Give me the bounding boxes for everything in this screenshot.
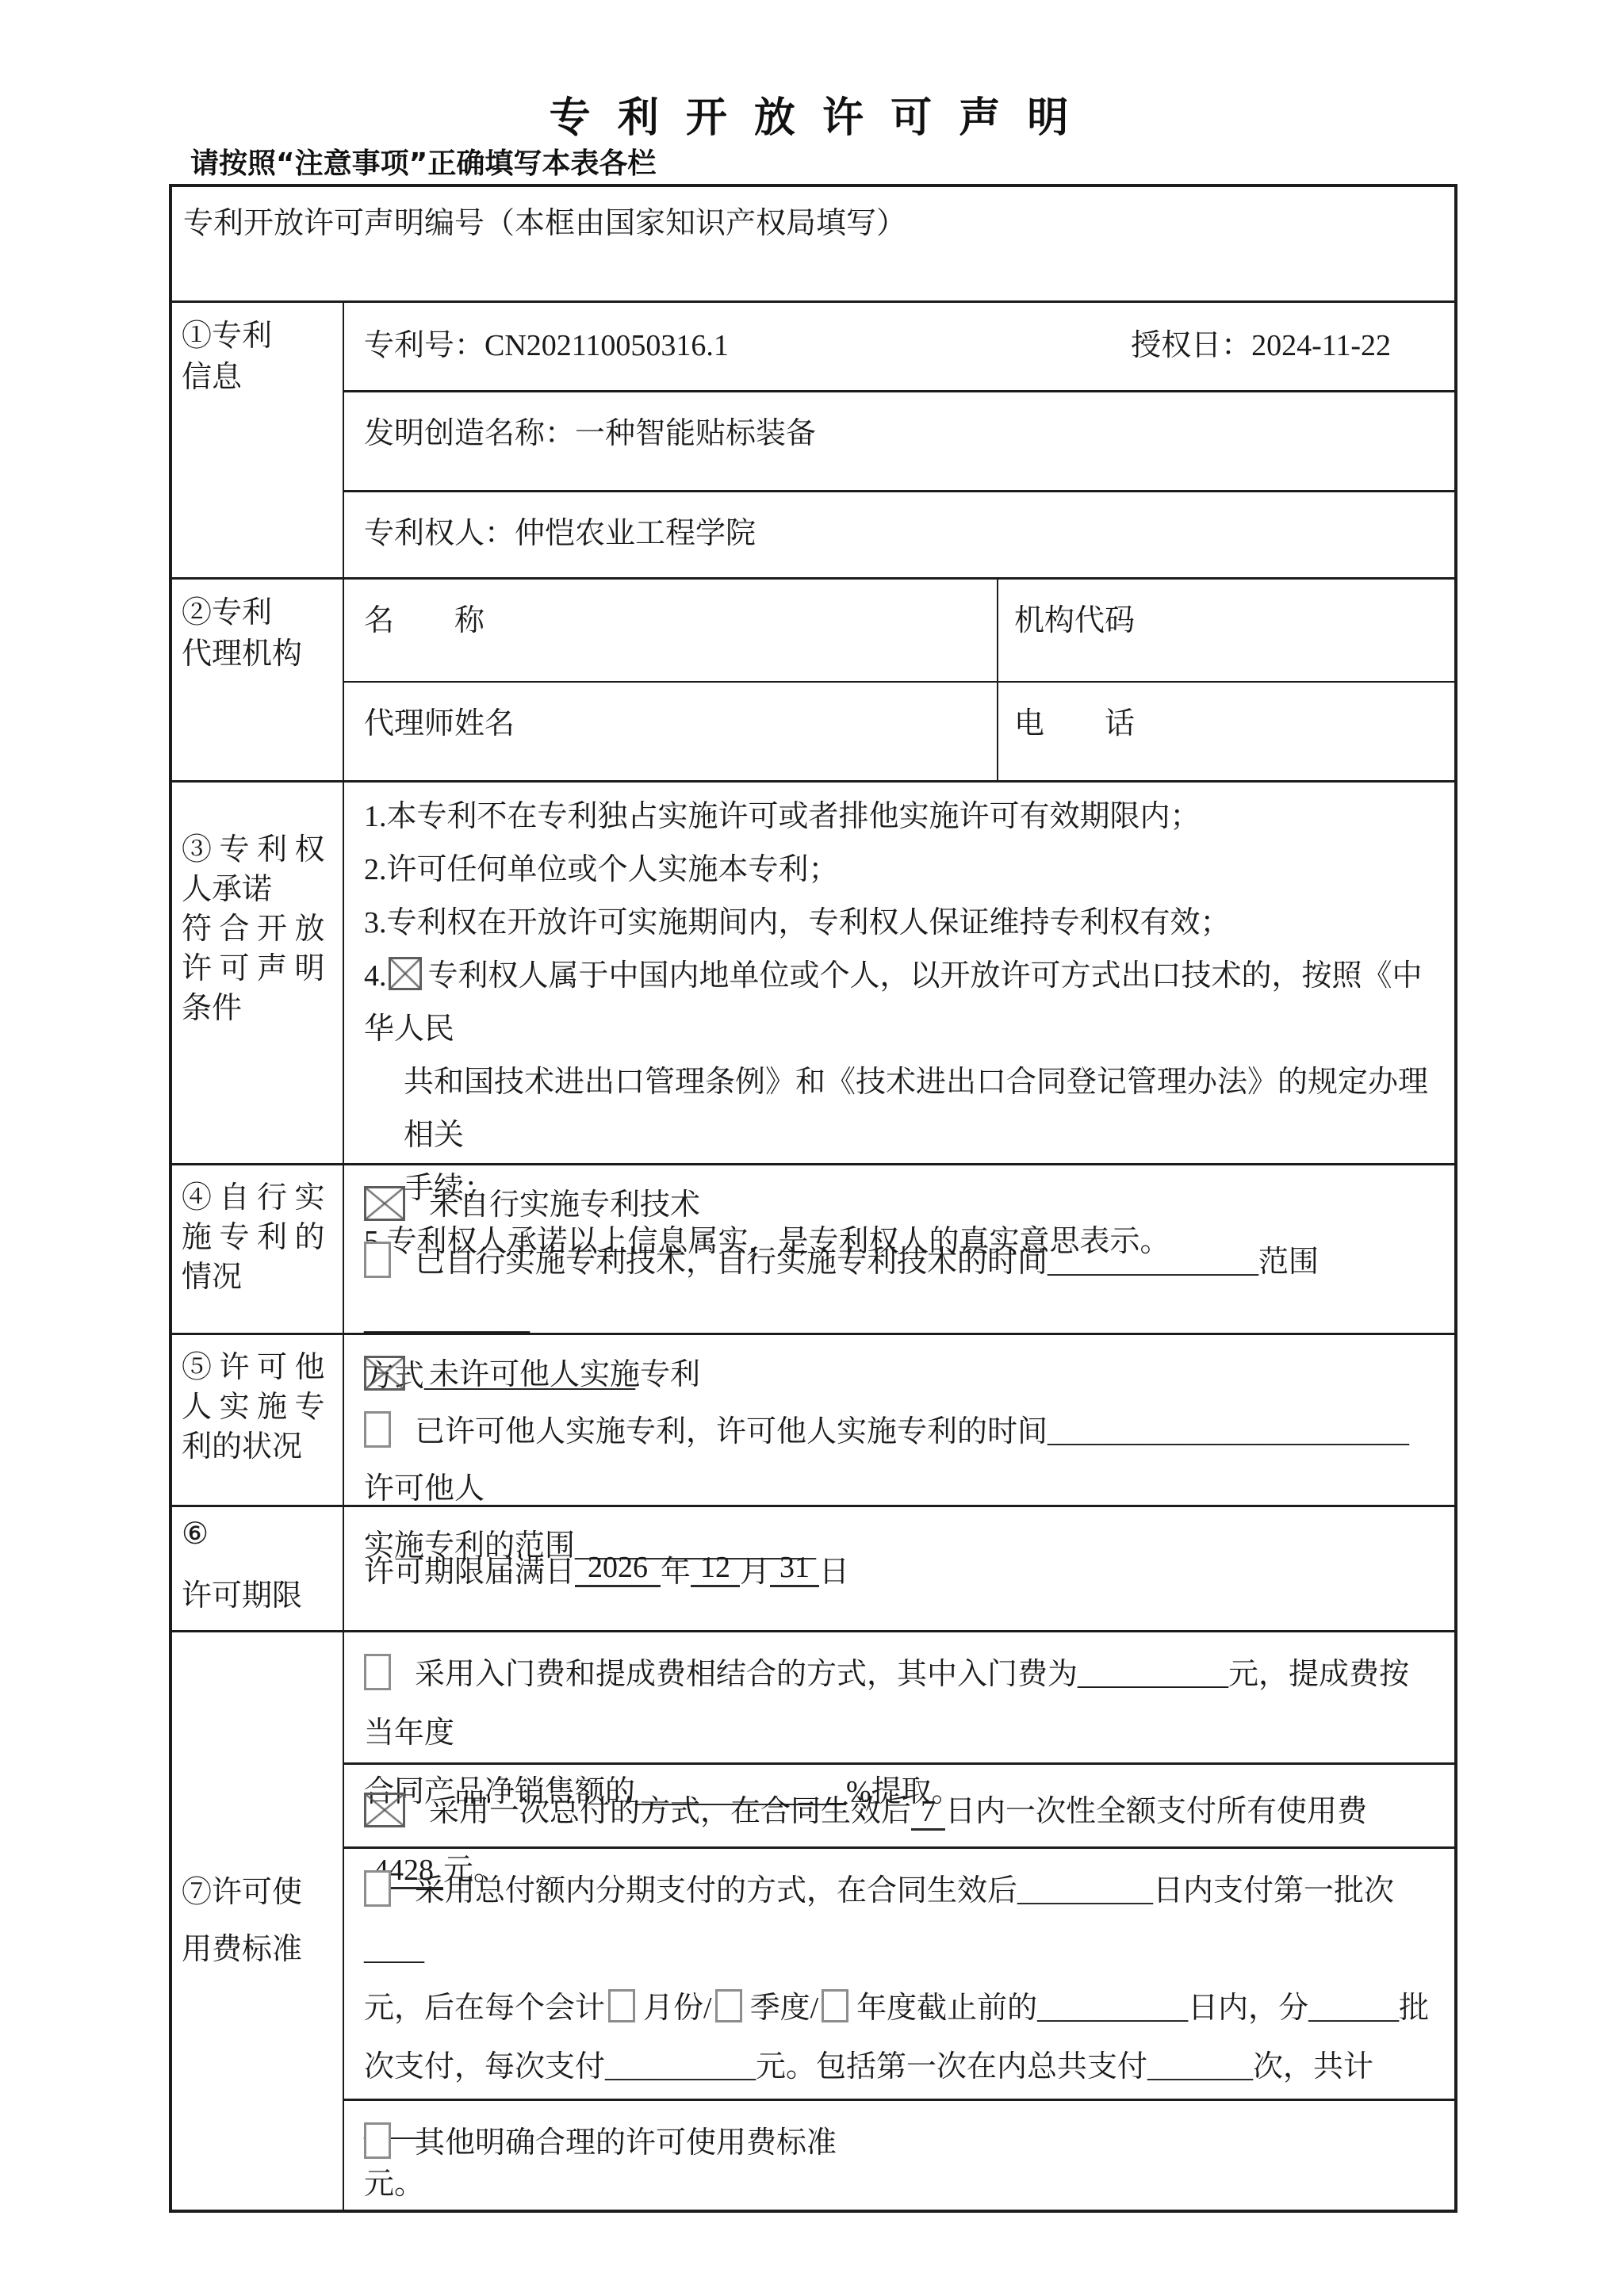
patent-info-label: ①专利 信息 bbox=[172, 303, 344, 577]
option-not-licensed: 未许可他人实施专利 bbox=[364, 1346, 1431, 1403]
option-label: 采用总付额内分期支付的方式，在合同生效后_________日内支付第一批次___… bbox=[364, 1874, 1394, 1966]
patent-agency-cells: 名 称 机构代码 代理师姓名 电 话 bbox=[344, 580, 1454, 780]
grant-date: 授权日：2024-11-22 bbox=[1131, 320, 1391, 390]
option-licensed: 已许可他人实施专利，许可他人实施专利的时间___________________… bbox=[364, 1403, 1431, 1517]
patent-open-license-declaration-form: 专 利 开 放 许 可 声 明 请按照“注意事项”正确填写本表各栏 专利开放许可… bbox=[0, 0, 1624, 2296]
expiry-prefix: 许可期限届满日 bbox=[364, 1547, 575, 1590]
row-declaration-number: 专利开放许可声明编号（本框由国家知识产权局填写） bbox=[172, 187, 1454, 300]
month-suffix: 月 bbox=[740, 1547, 770, 1590]
patent-number: 专利号：CN202110050316.1 bbox=[364, 320, 729, 390]
lump-sum-days-value: 7 bbox=[911, 1795, 945, 1831]
license-fee-cells: 采用入门费和提成费相结合的方式，其中入门费为__________元，提成费按当年… bbox=[344, 1632, 1454, 2210]
option-label: 已许可他人实施专利，许可他人实施专利的时间___________________… bbox=[364, 1415, 1409, 1506]
licensed-others-label: ⑤ 许 可 他 人 实 施 专 利的状况 bbox=[172, 1335, 344, 1505]
fill-instruction-note: 请按照“注意事项”正确填写本表各栏 bbox=[190, 141, 656, 182]
fee-option-line: 采用总付额内分期支付的方式，在合同生效后_________日内支付第一批次___… bbox=[364, 1862, 1432, 1979]
label-line: 人 实 施 专 bbox=[182, 1387, 338, 1427]
checkbox-checked-icon[interactable] bbox=[364, 1186, 405, 1221]
label-line: 信息 bbox=[182, 357, 338, 398]
commitment-item-4: 4.专利权人属于中国内地单位或个人，以开放许可方式出口技术的，按照《中华人民 bbox=[364, 950, 1431, 1056]
checkbox-checked-icon[interactable] bbox=[364, 1793, 405, 1827]
label-line: ②专利 bbox=[182, 592, 338, 633]
option-text: 元，后在每个会计 bbox=[364, 1992, 605, 2025]
checkbox-empty-icon[interactable] bbox=[364, 1242, 391, 1278]
fee-option-installments: 采用总付额内分期支付的方式，在合同生效后_________日内支付第一批次___… bbox=[344, 1846, 1454, 2099]
checkbox-empty-icon[interactable] bbox=[822, 1989, 848, 2022]
item4-number: 4. bbox=[364, 959, 387, 993]
label-line: 利的状况 bbox=[182, 1427, 338, 1467]
self-implementation-label: ④ 自 行 实 施 专 利 的 情况 bbox=[172, 1165, 344, 1333]
commitments-content: 1.本专利不在专利独占实施许可或者排他实施许可有效期限内； 2.许可任何单位或个… bbox=[344, 783, 1454, 1163]
checkbox-empty-icon[interactable] bbox=[364, 1654, 391, 1690]
agency-name-field: 名 称 bbox=[344, 580, 998, 681]
row-license-fee: ⑦许可使 用费标准 采用入门费和提成费相结合的方式，其中入门费为________… bbox=[172, 1630, 1454, 2210]
label-line: 情况 bbox=[182, 1257, 338, 1297]
patent-info-cells: 专利号：CN202110050316.1 授权日：2024-11-22 发明创造… bbox=[344, 303, 1454, 577]
invention-name-row: 发明创造名称：一种智能贴标装备 bbox=[344, 390, 1454, 490]
license-term-label: ⑥ 许可期限 bbox=[172, 1507, 344, 1630]
commitment-item-2: 2.许可任何单位或个人实施本专利； bbox=[364, 844, 1431, 897]
row-commitments: ③ 专 利 权 人承诺 符 合 开 放 许 可 声 明 条件 1.本专利不在专利… bbox=[172, 780, 1454, 1163]
label-line: ①专利 bbox=[182, 316, 338, 357]
year-suffix: 年 bbox=[661, 1547, 691, 1590]
checkbox-checked-icon[interactable] bbox=[364, 1356, 405, 1391]
checkbox-empty-icon[interactable] bbox=[364, 1411, 391, 1448]
option-text: 日内一次性全额支付所有使用费 bbox=[945, 1795, 1367, 1828]
page-title: 专 利 开 放 许 可 声 明 bbox=[0, 84, 1624, 143]
label-line: 许 可 声 明 bbox=[182, 949, 338, 989]
option-not-implemented: 未自行实施专利技术 bbox=[364, 1177, 1431, 1234]
label-line: ④ 自 行 实 bbox=[182, 1178, 338, 1218]
patent-number-row: 专利号：CN202110050316.1 授权日：2024-11-22 bbox=[344, 303, 1454, 390]
checkbox-empty-icon[interactable] bbox=[715, 1989, 742, 2022]
fee-option-line: 其他明确合理的许可使用费标准 bbox=[364, 2114, 1432, 2172]
declaration-table: 专利开放许可声明编号（本框由国家知识产权局填写） ①专利 信息 专利号：CN20… bbox=[169, 184, 1457, 2213]
fee-option-entry-royalty: 采用入门费和提成费相结合的方式，其中入门费为__________元，提成费按当年… bbox=[344, 1632, 1454, 1762]
checkbox-empty-icon[interactable] bbox=[608, 1989, 635, 2022]
option-implemented: 已自行实施专利技术，自行实施专利技术的时间______________范围___… bbox=[364, 1234, 1431, 1348]
commitment-item-3: 3.专利权在开放许可实施期间内，专利权人保证维持专利权有效； bbox=[364, 897, 1431, 950]
label-line: ⑤ 许 可 他 bbox=[182, 1348, 338, 1387]
label-line: 条件 bbox=[182, 989, 338, 1028]
commitment-item-1: 1.本专利不在专利独占实施许可或者排他实施许可有效期限内； bbox=[364, 790, 1431, 844]
fee-option-line: 元，后在每个会计月份/季度/年度截止前的__________日内，分______… bbox=[364, 1979, 1432, 2038]
item4-text: 专利权人属于中国内地单位或个人，以开放许可方式出口技术的，按照《中华人民 bbox=[364, 959, 1423, 1046]
agency-code-field: 机构代码 bbox=[998, 580, 1454, 681]
agency-name-row: 名 称 机构代码 bbox=[344, 580, 1454, 681]
option-text: 采用一次总付的方式，在合同生效后 bbox=[429, 1795, 911, 1828]
option-label: 未自行实施专利技术 bbox=[429, 1188, 700, 1222]
label-line: 代理机构 bbox=[182, 633, 338, 675]
row-licensed-others: ⑤ 许 可 他 人 实 施 专 利的状况 未许可他人实施专利 已许可他人实施专利… bbox=[172, 1333, 1454, 1505]
license-fee-label: ⑦许可使 用费标准 bbox=[172, 1632, 344, 2210]
option-text: 月份/ bbox=[643, 1992, 712, 2025]
commitments-label: ③ 专 利 权 人承诺 符 合 开 放 许 可 声 明 条件 bbox=[172, 783, 344, 1163]
day-suffix: 日 bbox=[819, 1547, 849, 1590]
expiry-day-value: 31 bbox=[770, 1550, 819, 1587]
patent-agency-label: ②专利 代理机构 bbox=[172, 580, 344, 780]
self-implementation-content: 未自行实施专利技术 已自行实施专利技术，自行实施专利技术的时间_________… bbox=[344, 1165, 1454, 1333]
checkbox-checked-icon[interactable] bbox=[389, 957, 422, 990]
option-label: 采用入门费和提成费相结合的方式，其中入门费为__________元，提成费按当年… bbox=[364, 1658, 1409, 1750]
invention-name: 发明创造名称：一种智能贴标装备 bbox=[364, 417, 816, 450]
patentee-row: 专利权人：仲恺农业工程学院 bbox=[344, 490, 1454, 580]
checkbox-empty-icon[interactable] bbox=[364, 1870, 391, 1907]
label-line: 用费标准 bbox=[182, 1921, 338, 1978]
declaration-number-label: 专利开放许可声明编号（本框由国家知识产权局填写） bbox=[172, 187, 922, 300]
label-line: 施 专 利 的 bbox=[182, 1218, 338, 1257]
label-line: ③ 专 利 权 bbox=[182, 830, 338, 870]
label-line: ⑥ bbox=[182, 1513, 338, 1555]
option-text: 年度截止前的__________日内，分______批 bbox=[856, 1992, 1429, 2025]
expiry-year-value: 2026 bbox=[575, 1550, 661, 1587]
label-line: 许可期限 bbox=[182, 1575, 338, 1617]
label-line: ⑦许可使 bbox=[182, 1864, 338, 1921]
option-label: 其他明确合理的许可使用费标准 bbox=[415, 2126, 837, 2160]
expiry-month-value: 12 bbox=[691, 1550, 740, 1587]
commitment-item-4-cont: 共和国技术进出口管理条例》和《技术进出口合同登记管理办法》的规定办理相关 bbox=[364, 1056, 1431, 1162]
row-self-implementation: ④ 自 行 实 施 专 利 的 情况 未自行实施专利技术 已自行实施专利技术，自… bbox=[172, 1163, 1454, 1333]
checkbox-empty-icon[interactable] bbox=[364, 2122, 391, 2159]
license-expiry-line: 许可期限届满日2026年12月31日 bbox=[344, 1507, 1454, 1630]
option-label: 未许可他人实施专利 bbox=[429, 1358, 700, 1391]
fee-option-line: 采用入门费和提成费相结合的方式，其中入门费为__________元，提成费按当年… bbox=[364, 1645, 1432, 1762]
row-license-term: ⑥ 许可期限 许可期限届满日2026年12月31日 bbox=[172, 1505, 1454, 1630]
row-patent-agency: ②专利 代理机构 名 称 机构代码 代理师姓名 电 话 bbox=[172, 577, 1454, 780]
agent-name-field: 代理师姓名 bbox=[344, 683, 998, 783]
fee-option-other: 其他明确合理的许可使用费标准 bbox=[344, 2099, 1454, 2212]
label-line: 人承诺 bbox=[182, 870, 338, 909]
option-label: 已自行实施专利技术，自行实施专利技术的时间______________范围___… bbox=[364, 1246, 1319, 1336]
label-line: 符 合 开 放 bbox=[182, 909, 338, 949]
agent-name-row: 代理师姓名 电 话 bbox=[344, 681, 1454, 783]
license-term-content: 许可期限届满日2026年12月31日 bbox=[344, 1507, 1454, 1630]
option-text: 季度/ bbox=[750, 1992, 819, 2025]
row-patent-info: ①专利 信息 专利号：CN202110050316.1 授权日：2024-11-… bbox=[172, 300, 1454, 577]
patentee: 专利权人：仲恺农业工程学院 bbox=[364, 517, 756, 550]
licensed-others-content: 未许可他人实施专利 已许可他人实施专利，许可他人实施专利的时间_________… bbox=[344, 1335, 1454, 1505]
agent-phone-field: 电 话 bbox=[998, 683, 1454, 783]
